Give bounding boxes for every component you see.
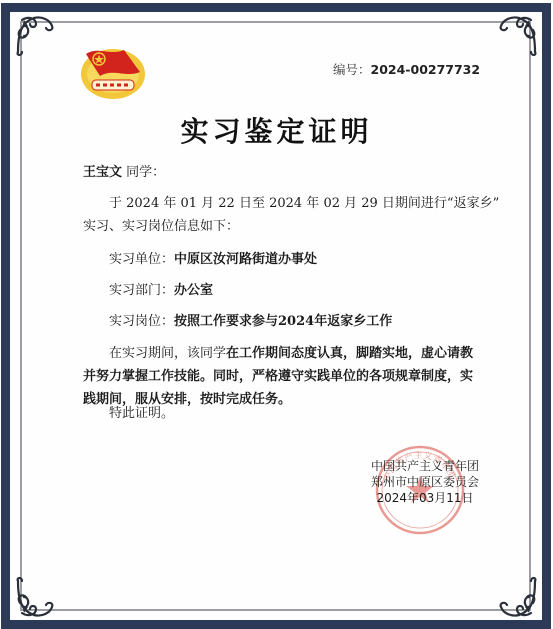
field-value: 中原区汝河路街道办事处 xyxy=(174,252,317,267)
ornamental-scroll-icon xyxy=(12,575,58,621)
serial-number: 编号：2024-00277732 xyxy=(333,60,480,78)
serial-value: 2024-00277732 xyxy=(371,62,481,77)
page-title: 实习鉴定证明 xyxy=(0,110,553,150)
serial-label: 编号： xyxy=(333,62,371,77)
evaluation-lead: 在实习期间，该同学 xyxy=(109,346,226,361)
field-unit: 实习单位：中原区汝河路街道办事处 xyxy=(109,253,317,266)
communist-youth-league-emblem-icon xyxy=(78,42,148,100)
field-value: 按照工作要求参与2024年返家乡工作 xyxy=(174,314,392,329)
recipient-suffix: 同学： xyxy=(126,165,165,180)
intro-line-1: 于 2024 年 01 月 22 日至 2024 年 02 月 29 日期间进行… xyxy=(109,197,499,210)
ornamental-scroll-icon xyxy=(495,575,541,621)
field-label: 实习岗位： xyxy=(109,314,174,329)
field-value: 办公室 xyxy=(174,283,213,298)
issuer-line-2: 郑州市中原区委员会 xyxy=(350,474,500,490)
field-label: 实习单位： xyxy=(109,252,174,267)
intro-line-2: 实习、实习岗位信息如下： xyxy=(83,220,239,233)
issue-date: 2024年03月11日 xyxy=(350,490,500,506)
closing-statement: 特此证明。 xyxy=(109,407,174,420)
field-department: 实习部门：办公室 xyxy=(109,284,213,297)
field-position: 实习岗位：按照工作要求参与2024年返家乡工作 xyxy=(109,315,392,328)
ornamental-scroll-icon xyxy=(12,12,58,58)
field-label: 实习部门： xyxy=(109,283,174,298)
recipient-line: 王宝文 同学： xyxy=(83,166,165,179)
issuer-signature: 中国共产主义青年团 郑州市中原区委员会 2024年03月11日 xyxy=(350,458,500,506)
evaluation-paragraph: 在实习期间，该同学在工作期间态度认真，脚踏实地，虚心请教并努力掌握工作技能。同时… xyxy=(83,342,483,411)
ornamental-scroll-icon xyxy=(495,12,541,58)
recipient-name: 王宝文 xyxy=(83,165,122,180)
issuer-line-1: 中国共产主义青年团 xyxy=(350,458,500,474)
